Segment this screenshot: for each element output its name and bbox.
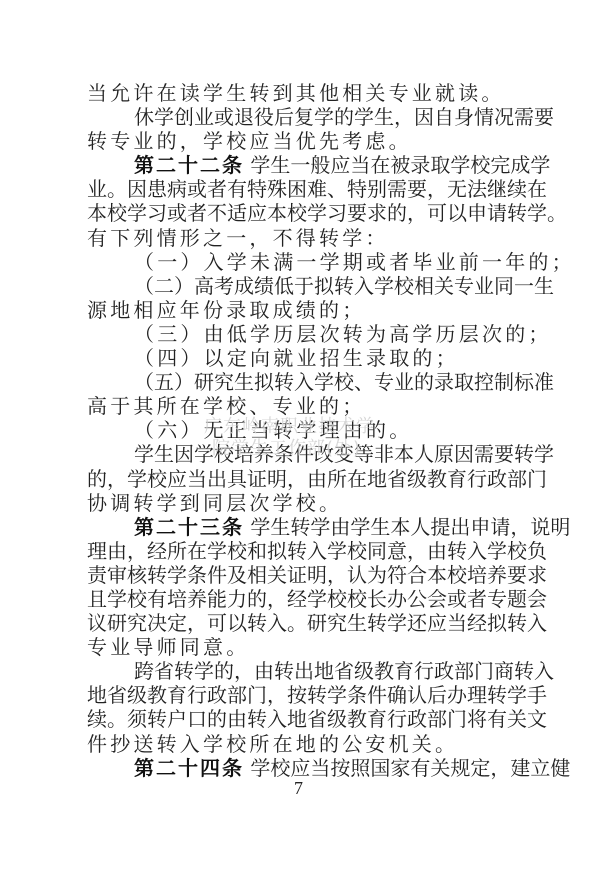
text-line: 源地相应年份录取成绩的； (87, 298, 513, 322)
text-line: 件抄送转入学校所在地的公安机关。 (87, 732, 513, 756)
list-item: （三）由低学历层次转为高学历层次的； (87, 322, 513, 346)
article-heading: 第二十二条 (134, 153, 244, 177)
article-heading: 第二十三条 (134, 515, 244, 539)
list-item: （四）以定向就业招生录取的； (87, 346, 513, 370)
article-23-line: 第二十三条 学生转学由学生本人提出申请，说明 (87, 515, 513, 539)
text-line: 转专业的，学校应当优先考虑。 (87, 129, 513, 153)
article-24-line: 第二十四条 学校应当按照国家有关规定，建立健 (87, 756, 513, 780)
list-item: （六）无正当转学理由的。 (87, 418, 513, 442)
text-line: 地省级教育行政部门，按转学条件确认后办理转学手 (87, 683, 513, 707)
text-line: 议研究决定，可以转入。研究生转学还应当经拟转入 (87, 611, 513, 635)
list-item: （二）高考成绩低于拟转入学校相关专业同一生 (87, 274, 513, 298)
text-line: 的，学校应当出具证明，由所在地省级教育行政部门 (87, 467, 513, 491)
text-line: 学生因学校培养条件改变等非本人原因需要转学 (87, 442, 513, 466)
text-line: 跨省转学的，由转出地省级教育行政部门商转入 (87, 659, 513, 683)
list-item: （一）入学未满一学期或者毕业前一年的； (87, 250, 513, 274)
list-item: （五）研究生拟转入学校、专业的录取控制标准 (87, 370, 513, 394)
text-line: 协调转学到同层次学校。 (87, 491, 513, 515)
text-line: 责审核转学条件及相关证明，认为符合本校培养要求 (87, 563, 513, 587)
text-line: 本校学习或者不适应本校学习要求的，可以申请转学。 (87, 201, 513, 225)
page-number: 7 (294, 778, 303, 799)
document-page: 当允许在读学生转到其他相关专业就读。 休学创业或退役后复学的学生，因自身情况需要… (0, 0, 600, 873)
text-line: 休学创业或退役后复学的学生，因自身情况需要 (87, 105, 513, 129)
text-line: 当允许在读学生转到其他相关专业就读。 (87, 81, 513, 105)
text-line: 理由，经所在学校和拟转入学校同意，由转入学校负 (87, 539, 513, 563)
text-line: 专业导师同意。 (87, 635, 513, 659)
text-line: 且学校有培养能力的，经学校校长办公会或者专题会 (87, 587, 513, 611)
text-span: 学生一般应当在被录取学校完成学 (244, 153, 550, 177)
document-body: 当允许在读学生转到其他相关专业就读。 休学创业或退役后复学的学生，因自身情况需要… (87, 81, 513, 780)
article-heading: 第二十四条 (134, 756, 244, 780)
text-line: 续。须转户口的由转入地省级教育行政部门将有关文 (87, 707, 513, 731)
text-line: 业。因患病或者有特殊困难、特别需要，无法继续在 (87, 177, 513, 201)
text-span: 学生转学由学生本人提出申请，说明 (244, 515, 570, 539)
text-line: 有下列情形之一，不得转学： (87, 226, 513, 250)
article-22-line: 第二十二条 学生一般应当在被录取学校完成学 (87, 153, 513, 177)
text-span: 学校应当按照国家有关规定，建立健 (244, 756, 570, 780)
text-line: 高于其所在学校、专业的； (87, 394, 513, 418)
